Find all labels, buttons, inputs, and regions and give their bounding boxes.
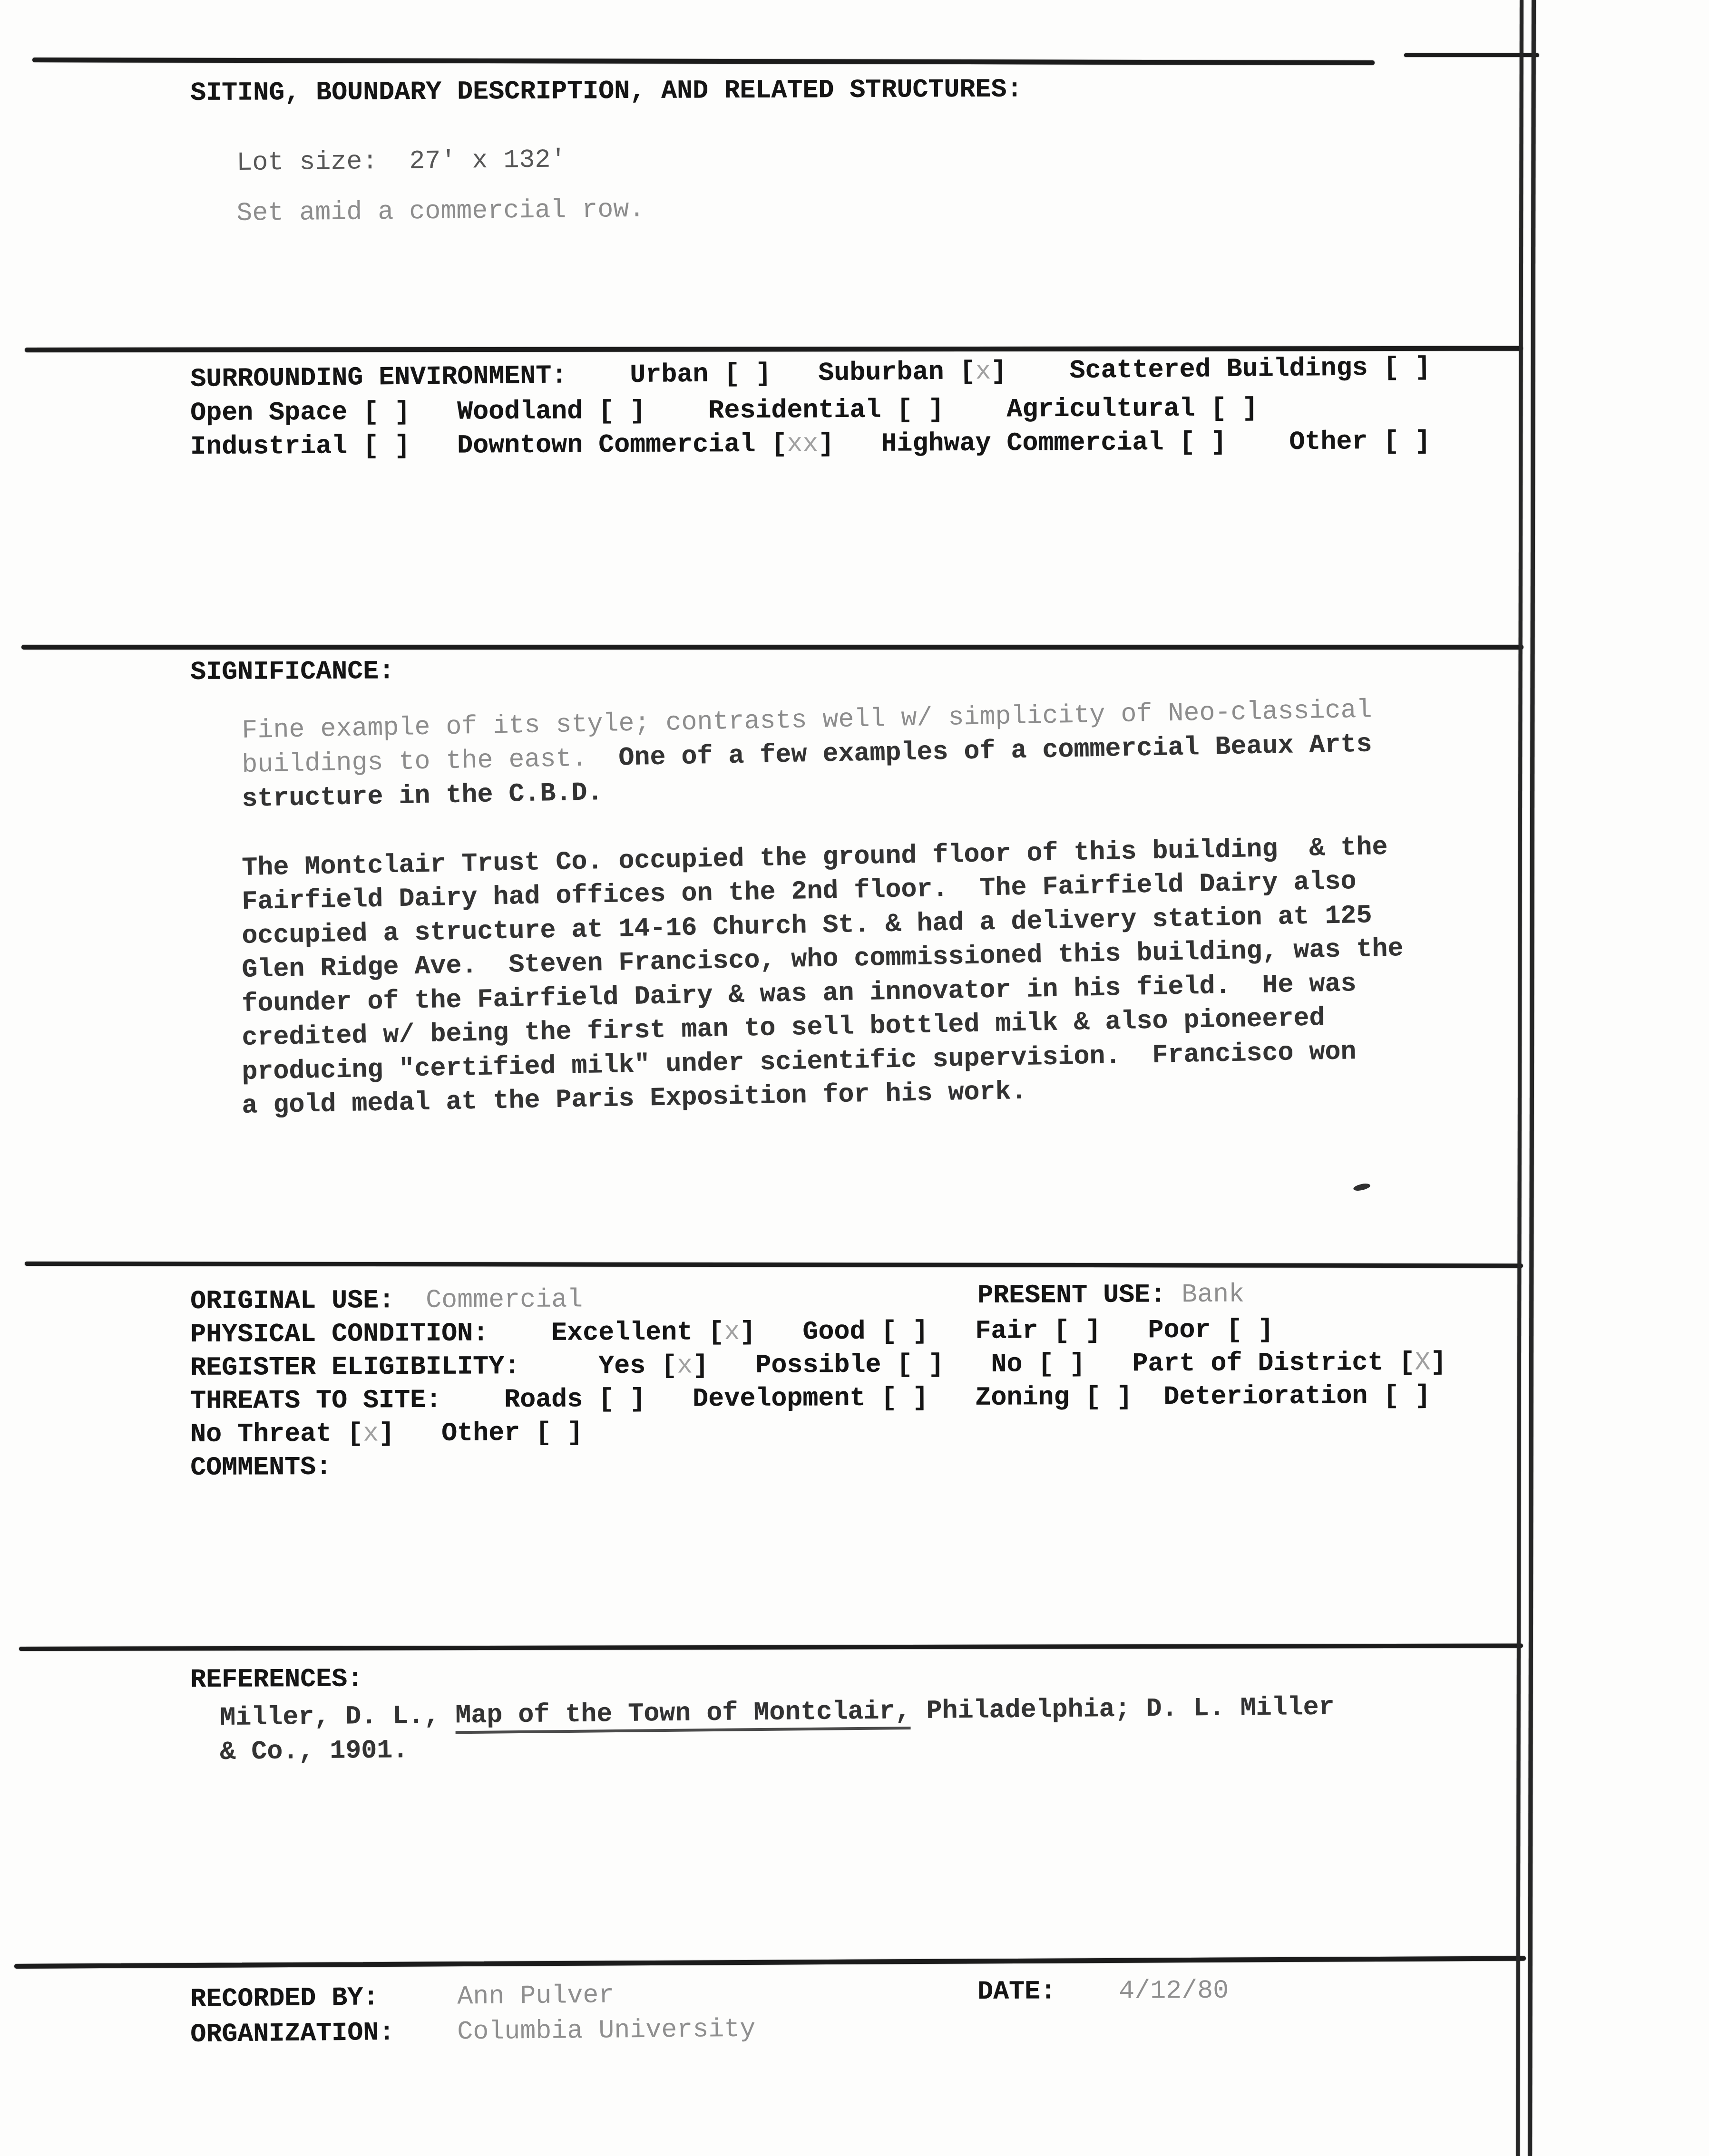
environment-row-industrial: Industrial [ ] Downtown Commercial [xx] … [190, 426, 1431, 463]
comments-label: COMMENTS: [190, 1452, 332, 1484]
date-row: DATE: 4/12/80 [977, 1975, 1229, 2008]
text-run: ] Good [ ] Fair [ ] Poor [ ] [740, 1315, 1273, 1347]
text-run: ] Scattered Buildings [ ] [991, 352, 1431, 387]
physical-condition-row: PHYSICAL CONDITION: Excellent [x] Good [… [190, 1314, 1274, 1350]
text-run: Columbia University [457, 2014, 756, 2047]
text-run: PHYSICAL CONDITION: Excellent [ [190, 1317, 724, 1350]
environment-row-open-space: Open Space [ ] Woodland [ ] Residential … [190, 393, 1258, 429]
threats-to-site-row: THREATS TO SITE: Roads [ ] Development [… [190, 1380, 1431, 1417]
text-run: x [724, 1317, 740, 1347]
text-run: structure in the C.B.D. [242, 777, 603, 814]
references-heading: REFERENCES: [190, 1663, 363, 1696]
register-eligibility-row: REGISTER ELIGIBILITY: Yes [x] Possible [… [190, 1347, 1446, 1384]
text-run: THREATS TO SITE: Roads [ ] Development [… [190, 1381, 1431, 1416]
environment-row-urban: SURROUNDING ENVIRONMENT: Urban [ ] Subur… [190, 352, 1431, 395]
text-run: buildings to the east. [242, 743, 619, 780]
text-run: REGISTER ELIGIBILITY: Yes [ [190, 1351, 677, 1383]
text-run: ORIGINAL USE: [190, 1285, 426, 1316]
reference-line-2: & Co., 1901. [220, 1735, 409, 1768]
text-run: No Threat [ [190, 1418, 363, 1449]
lot-size-line: Lot size: 27' x 132' [236, 144, 566, 179]
text-run: RECORDED BY: [190, 1982, 458, 2014]
text-run: Bank [1182, 1280, 1244, 1310]
text-run: Miller, D. L., [220, 1700, 456, 1733]
text-run: Map of the Town of Montclair, [455, 1696, 911, 1734]
text-run: 4/12/80 [1119, 1976, 1229, 2006]
text-run: ] Possible [ ] No [ ] Part of District [ [693, 1348, 1415, 1381]
section-divider-top-right-segment [1404, 53, 1539, 57]
section-divider-footer [14, 1956, 1526, 1969]
text-run: x [975, 357, 991, 387]
scanned-survey-form-page: SITING, BOUNDARY DESCRIPTION, AND RELATE… [0, 0, 1709, 2156]
recorded-by-row: RECORDED BY: Ann Pulver [190, 1980, 615, 2015]
text-run: xx [787, 429, 818, 459]
text-run: X [1415, 1348, 1430, 1378]
text-run: ORGANIZATION: [190, 2017, 458, 2049]
text-run: SURROUNDING ENVIRONMENT: Urban [ ] Subur… [190, 357, 976, 394]
text-run: PRESENT USE: [977, 1280, 1182, 1311]
siting-heading: SITING, BOUNDARY DESCRIPTION, AND RELATE… [190, 74, 1023, 109]
section-divider-references [19, 1643, 1523, 1651]
text-run: ] Highway Commercial [ ] Other [ ] [818, 427, 1430, 459]
text-run: Industrial [ ] Downtown Commercial [ [190, 429, 787, 462]
section-divider-environment [25, 346, 1523, 352]
text-run: Philadelphia; D. L. Miller [910, 1692, 1335, 1727]
text-run: Commercial [426, 1284, 583, 1315]
section-divider-top [32, 58, 1375, 65]
organization-row: ORGANIZATION: Columbia University [190, 2014, 756, 2050]
no-threat-row: No Threat [x] Other [ ] [190, 1417, 583, 1450]
reference-line-1: Miller, D. L., Map of the Town of Montcl… [220, 1692, 1335, 1734]
significance-heading: SIGNIFICANCE: [190, 656, 394, 688]
right-margin-rule-outer [1528, 0, 1536, 2156]
stray-ink-mark [1353, 1182, 1371, 1192]
section-divider-usage [25, 1262, 1523, 1268]
significance-para1-line3: structure in the C.B.D. [242, 777, 603, 815]
text-run: x [677, 1350, 693, 1380]
right-margin-rule-inner [1516, 0, 1523, 2156]
section-divider-significance [21, 645, 1523, 650]
text-run: ] [1430, 1347, 1446, 1377]
original-use-row: ORIGINAL USE: Commercial [190, 1284, 583, 1317]
present-use-row: PRESENT USE: Bank [977, 1279, 1244, 1311]
text-run: & Co., 1901. [220, 1735, 409, 1767]
text-run: Ann Pulver [457, 1980, 615, 2011]
text-run: ] Other [ ] [379, 1418, 583, 1448]
setting-line: Set amid a commercial row. [236, 194, 645, 229]
text-run: DATE: [977, 1976, 1119, 2007]
text-run: Open Space [ ] Woodland [ ] Residential … [190, 393, 1258, 428]
text-run: x [363, 1418, 379, 1448]
